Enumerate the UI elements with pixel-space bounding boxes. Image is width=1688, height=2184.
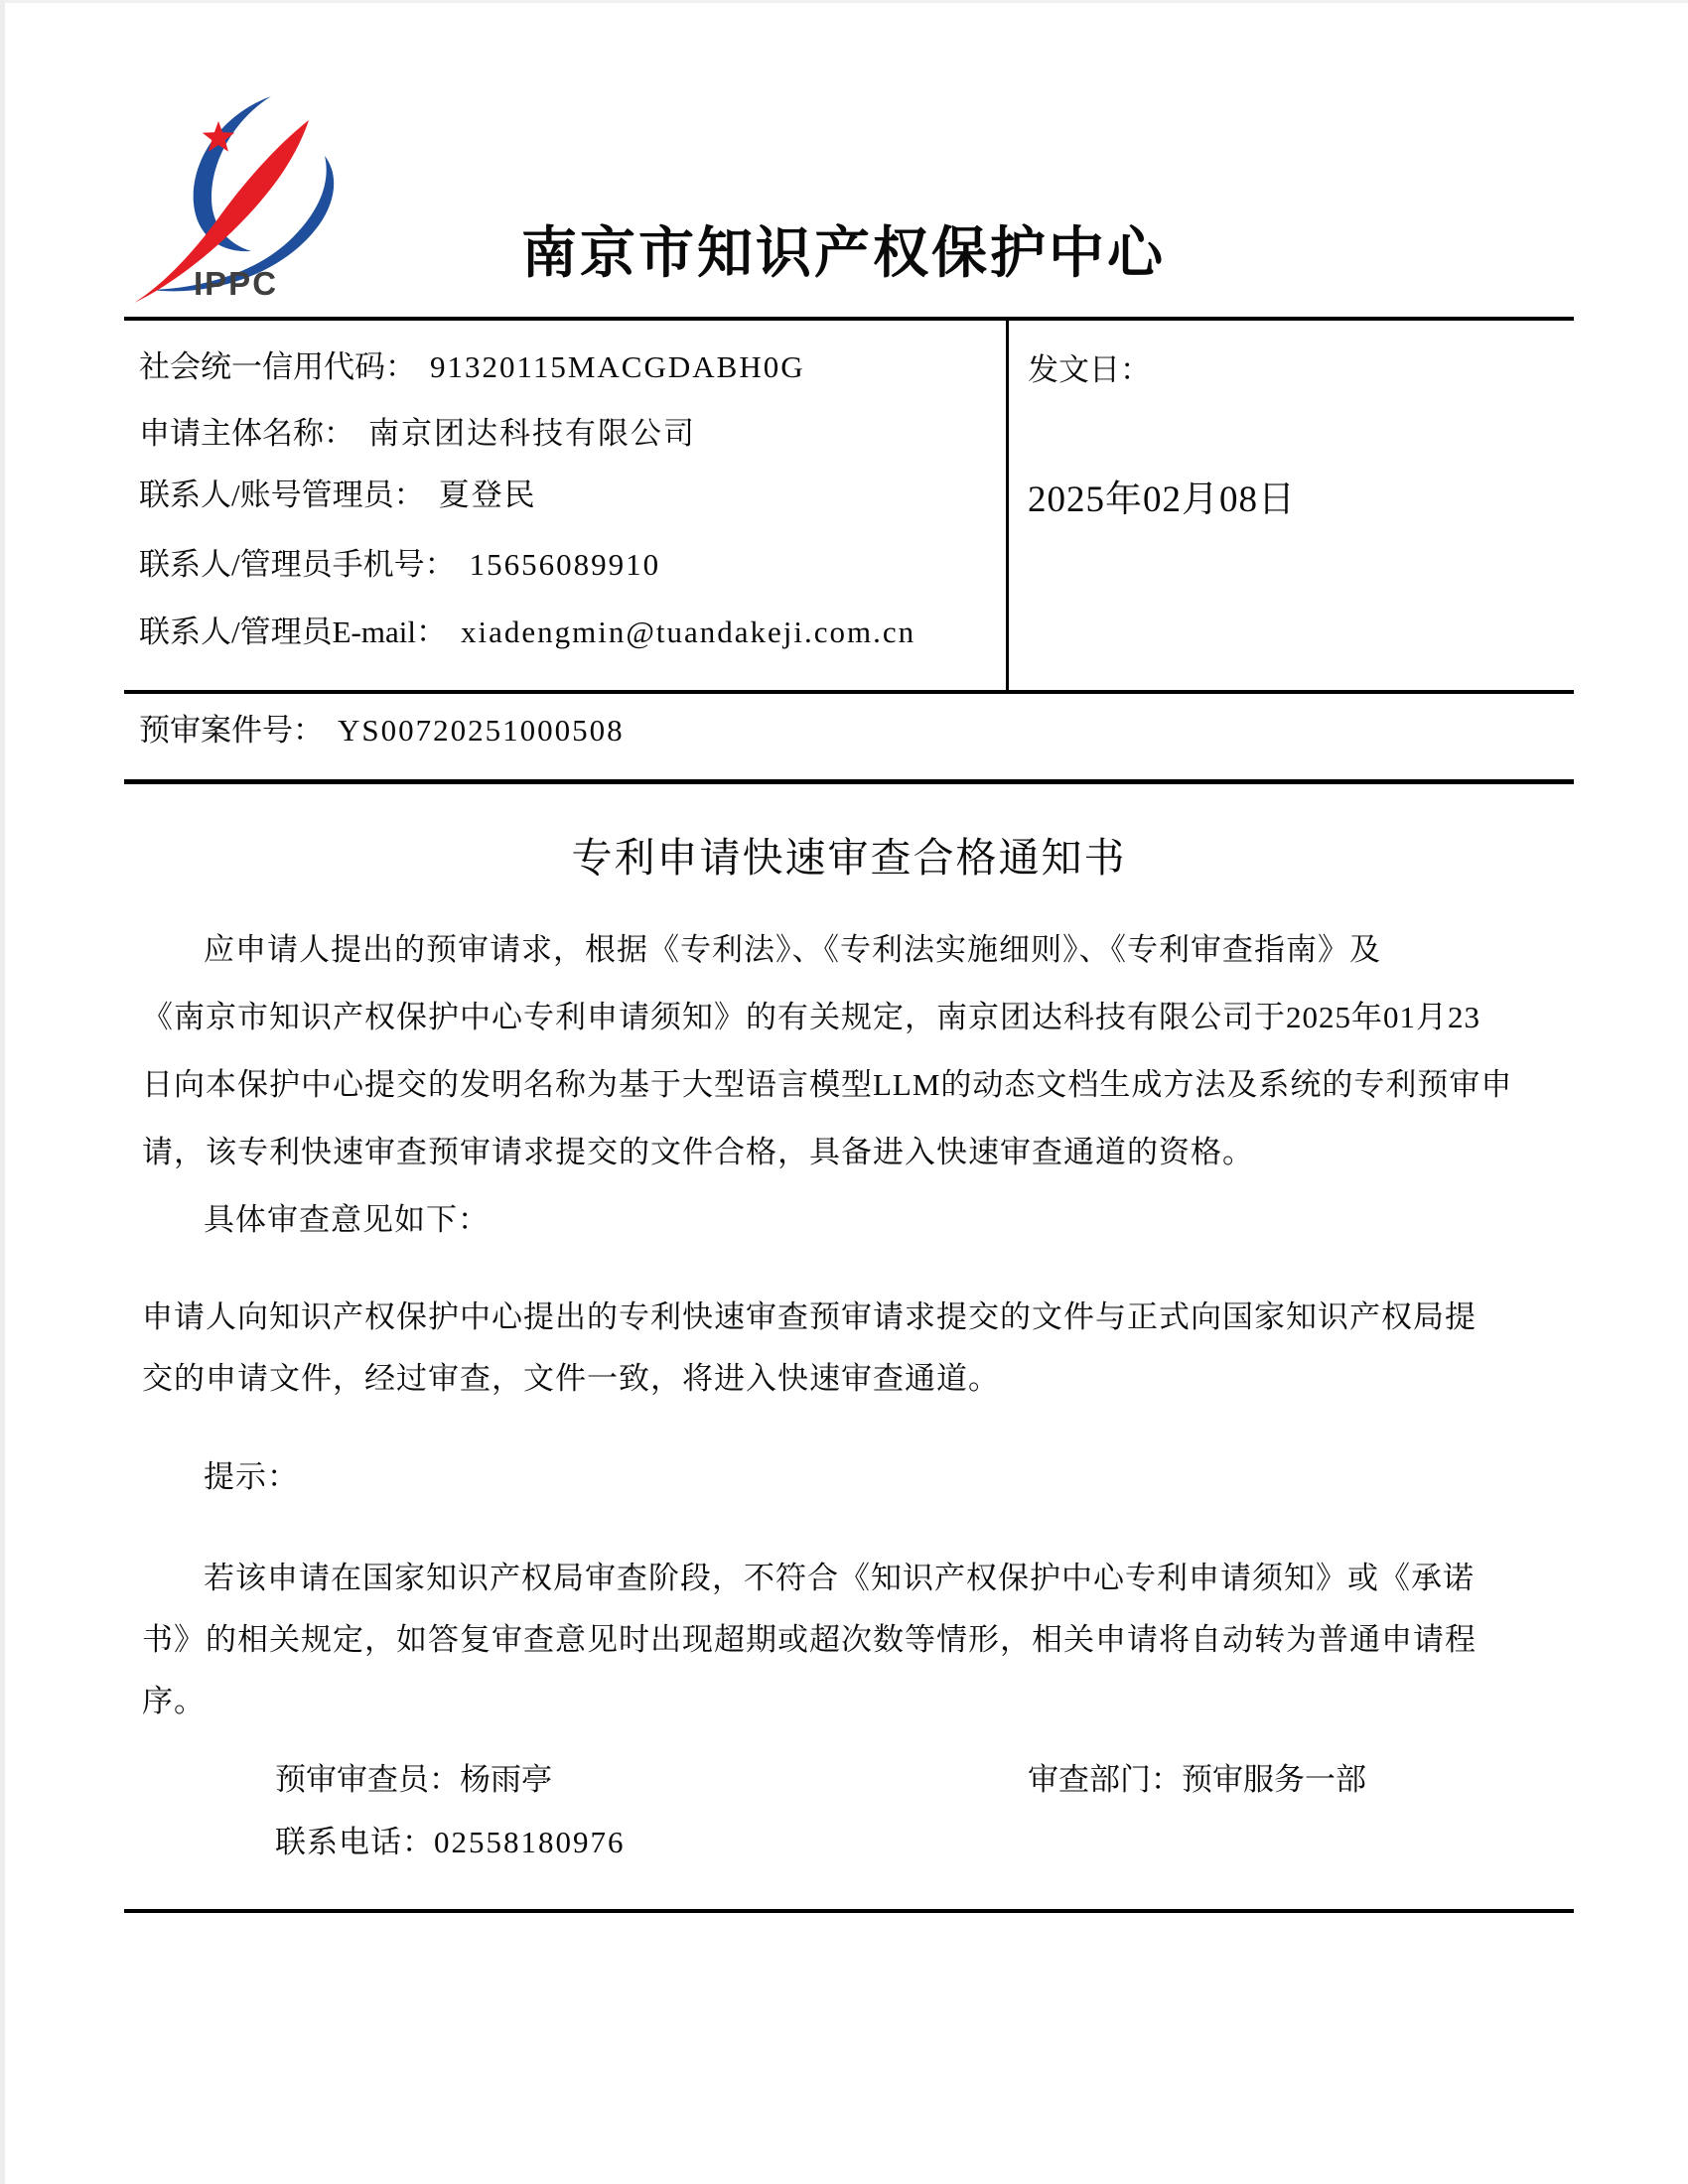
paragraph-basis: 应申请人提出的预审请求，根据《专利法》、《专利法实施细则》、《专利审查指南》及 … bbox=[142, 916, 1572, 1186]
contact-admin-row: 联系人/账号管理员：夏登民 bbox=[139, 475, 537, 516]
contact-phone-value: 15656089910 bbox=[470, 547, 661, 582]
org-title: 南京市知识产权保护中心 bbox=[521, 209, 1166, 289]
contact-email-label: 联系人/管理员E-mail： bbox=[139, 614, 447, 649]
tip-heading: 提示： bbox=[142, 1455, 1633, 1499]
paragraph-opinion: 申请人向知识产权保护中心提出的专利快速审查预审请求提交的文件与正式向国家知识产权… bbox=[142, 1287, 1572, 1410]
table-vertical-divider bbox=[1006, 321, 1009, 690]
review-opinion-heading: 具体审查意见如下： bbox=[142, 1198, 1633, 1242]
contact-phone-label: 联系人/管理员手机号： bbox=[139, 547, 456, 582]
paragraph-tip-line: 书》的相关规定，如答复审查意见时出现超期或超次数等情形，相关申请将自动转为普通申… bbox=[142, 1609, 1572, 1671]
paragraph-opinion-line: 交的申请文件，经过审查，文件一致，将进入快速审查通道。 bbox=[142, 1348, 1572, 1410]
department-name: 预审服务一部 bbox=[1182, 1762, 1366, 1797]
notice-title: 专利申请快速审查合格通知书 bbox=[5, 825, 1688, 884]
paragraph-opinion-line: 申请人向知识产权保护中心提出的专利快速审查预审请求提交的文件与正式向国家知识产权… bbox=[142, 1287, 1572, 1348]
case-number-label: 预审案件号： bbox=[139, 713, 324, 748]
credit-code-value: 91320115MACGDABH0G bbox=[430, 349, 805, 384]
credit-code-label: 社会统一信用代码： bbox=[139, 349, 416, 384]
phone-label: 联系电话： bbox=[275, 1825, 434, 1859]
department-line: 审查部门：预审服务一部 bbox=[1028, 1760, 1366, 1800]
case-number-text: 预审案件号：YS00720251000508 bbox=[139, 710, 625, 751]
credit-code-row: 社会统一信用代码：91320115MACGDABH0G bbox=[139, 346, 805, 388]
phone-number: 02558180976 bbox=[434, 1825, 626, 1859]
paragraph-tip-line: 若该申请在国家知识产权局审查阶段，不符合《知识产权保护中心专利申请须知》或《承诺 bbox=[142, 1548, 1572, 1609]
logo-abbr-label: IPPC bbox=[194, 265, 278, 302]
issue-date-value: 2025年02月08日 bbox=[1028, 477, 1296, 524]
issue-date-label: 发文日： bbox=[1028, 349, 1151, 391]
paragraph-basis-line: 请，该专利快速审查预审请求提交的文件合格，具备进入快速审查通道的资格。 bbox=[142, 1119, 1572, 1186]
case-number-value: YS00720251000508 bbox=[338, 713, 625, 748]
paragraph-basis-line: 日向本保护中心提交的发明名称为基于大型语言模型LLM的动态文档生成方法及系统的专… bbox=[142, 1051, 1572, 1119]
contact-email-row: 联系人/管理员E-mail：xiadengmin@tuandakeji.com.… bbox=[139, 612, 915, 653]
applicant-name-value: 南京团达科技有限公司 bbox=[368, 416, 696, 451]
paragraph-tip: 若该申请在国家知识产权局审查阶段，不符合《知识产权保护中心专利申请须知》或《承诺… bbox=[142, 1548, 1572, 1732]
contact-admin-label: 联系人/账号管理员： bbox=[139, 478, 425, 512]
examiner-label: 预审审查员： bbox=[275, 1762, 460, 1797]
paragraph-tip-line: 序。 bbox=[142, 1671, 1572, 1732]
ippc-logo: IPPC bbox=[122, 86, 360, 305]
examiner-line: 预审审查员：杨雨亭 bbox=[275, 1760, 552, 1800]
department-label: 审查部门： bbox=[1028, 1762, 1182, 1797]
applicant-info-table: 社会统一信用代码：91320115MACGDABH0G 申请主体名称：南京团达科… bbox=[124, 317, 1574, 694]
contact-admin-value: 夏登民 bbox=[439, 478, 537, 512]
applicant-name-row: 申请主体名称：南京团达科技有限公司 bbox=[139, 413, 696, 455]
bottom-divider bbox=[124, 1909, 1574, 1913]
case-number-row: 预审案件号：YS00720251000508 bbox=[124, 686, 1574, 784]
paragraph-basis-line: 应申请人提出的预审请求，根据《专利法》、《专利法实施细则》、《专利审查指南》及 bbox=[142, 916, 1572, 984]
contact-email-value: xiadengmin@tuandakeji.com.cn bbox=[461, 614, 915, 649]
contact-phone-row: 联系人/管理员手机号：15656089910 bbox=[139, 544, 660, 586]
examiner-name: 杨雨亭 bbox=[460, 1762, 552, 1797]
applicant-name-label: 申请主体名称： bbox=[139, 416, 354, 451]
paragraph-basis-line: 《南京市知识产权保护中心专利申请须知》的有关规定，南京团达科技有限公司于2025… bbox=[142, 984, 1572, 1051]
phone-line: 联系电话：02558180976 bbox=[275, 1823, 626, 1862]
notice-document-page: IPPC 南京市知识产权保护中心 社会统一信用代码：91320115MACGDA… bbox=[0, 0, 1688, 2184]
